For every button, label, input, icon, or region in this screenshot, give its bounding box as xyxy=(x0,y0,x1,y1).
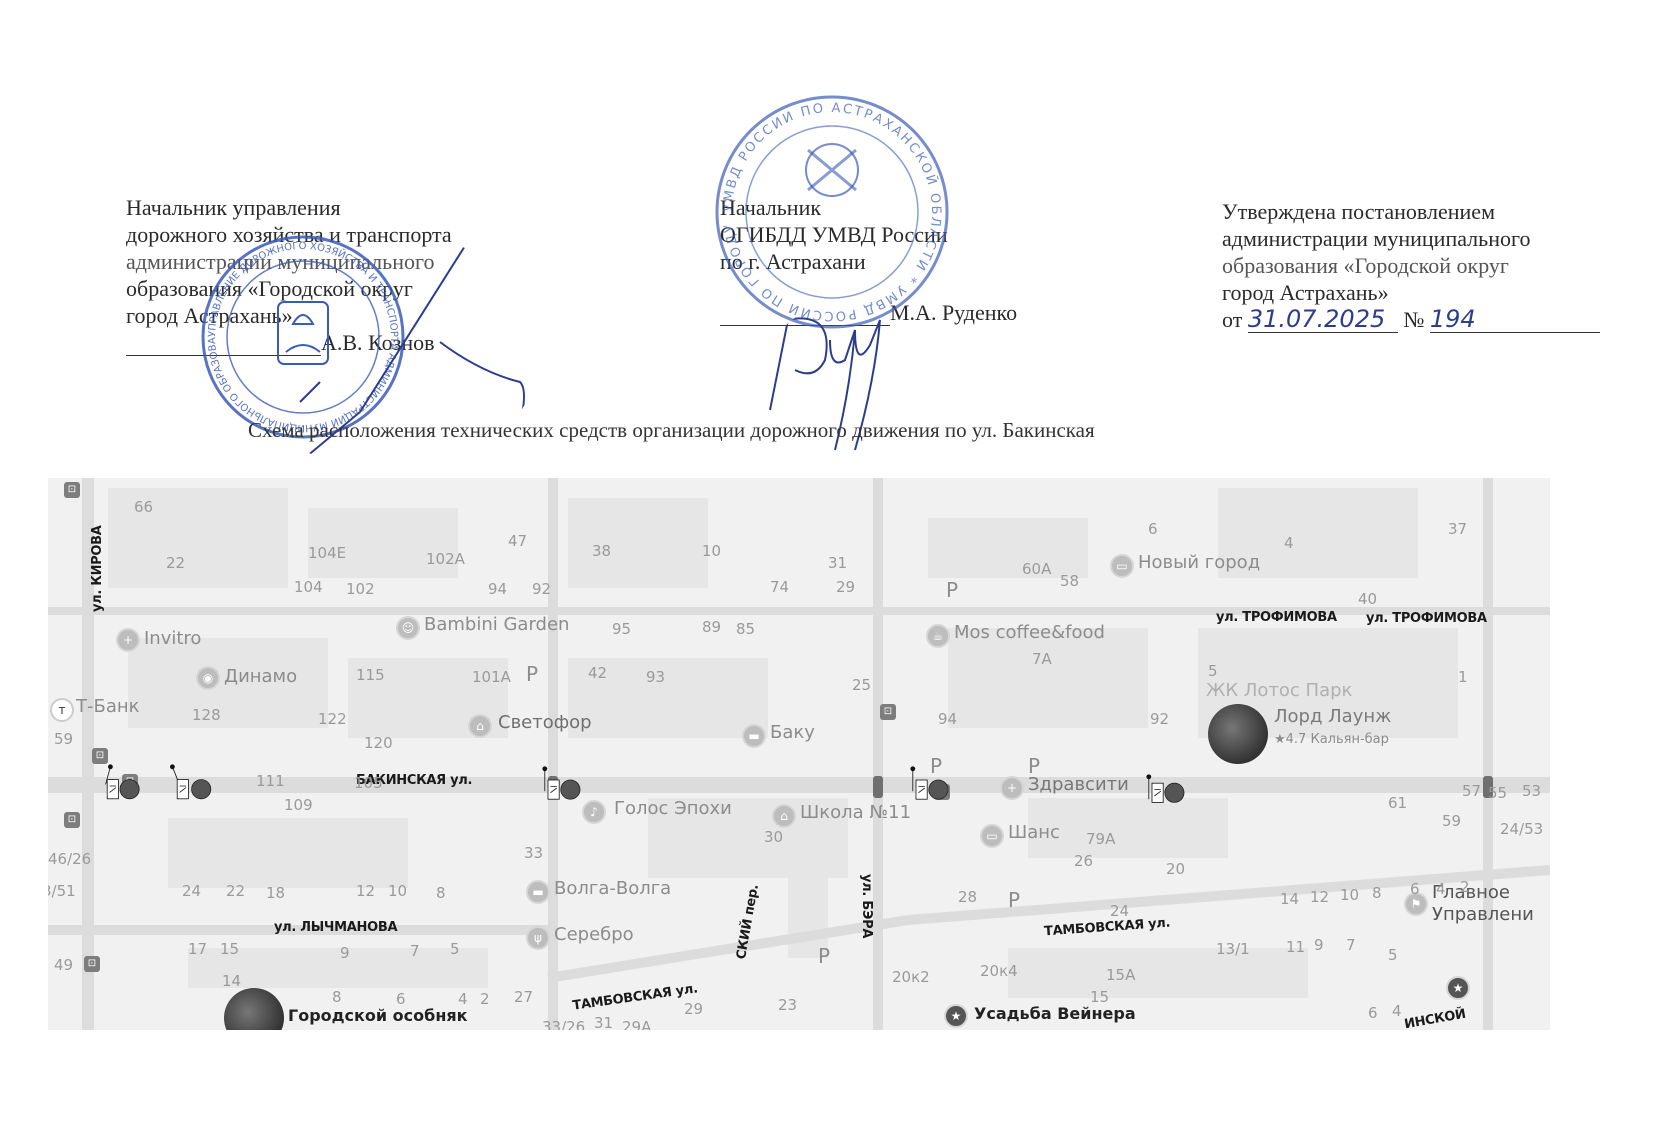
house-number: 102А xyxy=(426,550,465,568)
house-number: 46/26 xyxy=(48,850,91,868)
poi-golos-epokhi[interactable]: Голос Эпохи xyxy=(614,798,732,819)
house-number: 120 xyxy=(364,734,393,752)
house-number: 31 xyxy=(828,554,847,572)
house-number: 7 xyxy=(1346,936,1356,954)
house-number: 15 xyxy=(220,940,239,958)
house-number: 66 xyxy=(134,498,153,516)
left-signer-name: А.В. Кознов xyxy=(321,330,435,355)
house-number: 104 xyxy=(294,578,323,596)
parking-icon: P xyxy=(818,944,830,968)
street-label-kirova: ул. КИРОВА xyxy=(90,525,105,612)
house-number: 94 xyxy=(488,580,507,598)
house-number: 4 xyxy=(1284,534,1294,552)
left-title-line-4: образования «Городской округ xyxy=(126,275,452,302)
house-number: 26 xyxy=(1074,852,1093,870)
left-title-line-2: дорожного хозяйства и транспорта xyxy=(126,221,452,248)
house-number: 59 xyxy=(54,730,73,748)
road-sign-group-1 xyxy=(98,762,158,802)
poi-lord-lounge[interactable]: Лорд Лаунж xyxy=(1274,706,1391,727)
house-number: 29 xyxy=(836,578,855,596)
house-number: 14 xyxy=(1280,890,1299,908)
stadium-poi-icon: ◉ xyxy=(196,666,220,690)
poi-serebro[interactable]: Серебро xyxy=(554,924,634,945)
center-title-line-1: Начальник xyxy=(720,194,1017,221)
poi-dinamo[interactable]: Динамо xyxy=(224,666,297,687)
house-number: 40 xyxy=(1358,590,1377,608)
street-label-trofimova-1: ул. ТРОФИМОВА xyxy=(1216,610,1337,625)
house-number: 60А xyxy=(1022,560,1051,578)
house-number: 92 xyxy=(532,580,551,598)
poi-zdravsiti[interactable]: Здравсити xyxy=(1028,774,1129,795)
house-number: 57 xyxy=(1462,782,1481,800)
poi-baku[interactable]: Баку xyxy=(770,722,815,743)
house-number: 37 xyxy=(1448,520,1467,538)
poi-lotos-park[interactable]: ЖК Лотос Парк xyxy=(1206,680,1352,701)
house-number: 122 xyxy=(318,710,347,728)
house-number: 85 xyxy=(736,620,755,638)
house-number: 17 xyxy=(188,940,207,958)
approval-number: 194 xyxy=(1430,306,1600,333)
house-number: 27 xyxy=(514,988,533,1006)
road-sign-group-3 xyxy=(534,764,594,804)
center-signature-line xyxy=(720,305,890,326)
lord-lounge-photo-icon xyxy=(1208,704,1268,764)
office-poi-icon-2: ▭ xyxy=(980,824,1004,848)
poi-lord-lounge-rating: ★4.7 Кальян-бар xyxy=(1274,732,1389,747)
house-number: 15 xyxy=(1090,988,1109,1006)
street-map: ул. КИРОВА БАКИНСКАЯ ул. ул. ЛЫЧМАНОВА Т… xyxy=(48,478,1550,1030)
house-number: 2 xyxy=(1460,878,1470,896)
house-number: 42 xyxy=(588,664,607,682)
restaurant-poi-icon: ψ xyxy=(526,926,550,950)
parking-icon: P xyxy=(946,578,958,602)
poi-volga-volga[interactable]: Волга-Волга xyxy=(554,878,671,899)
traffic-light-icon xyxy=(873,776,883,798)
house-number: 5 xyxy=(1388,946,1398,964)
left-signature-line xyxy=(126,335,321,356)
parking-icon: P xyxy=(1028,754,1040,778)
house-number: 128 xyxy=(192,706,221,724)
medical-poi-icon: + xyxy=(116,628,140,652)
house-number: 38 xyxy=(592,542,611,560)
house-number: 28 xyxy=(958,888,977,906)
house-number: 33/26 xyxy=(542,1018,585,1030)
house-number: 7 xyxy=(410,942,420,960)
house-number: 4 xyxy=(1436,880,1446,898)
approval-number-label: № xyxy=(1403,307,1424,332)
poi-svetofor[interactable]: Светофор xyxy=(498,712,592,733)
street-label-trofimova-2: ул. ТРОФИМОВА xyxy=(1366,611,1487,626)
left-title-line-1: Начальник управления xyxy=(126,194,452,221)
hotel-poi-icon-2: ▬ xyxy=(526,880,550,904)
house-number: 14 xyxy=(222,972,241,990)
house-number: 10 xyxy=(1340,886,1359,904)
approval-line-2: администрации муниципального xyxy=(1222,225,1600,252)
house-number: 58 xyxy=(1060,572,1079,590)
bus-stop-icon: ⊡ xyxy=(880,704,896,720)
left-title-line-5: город Астрахань» xyxy=(126,302,452,329)
kids-poi-icon: ☺ xyxy=(396,616,420,640)
house-number: 55 xyxy=(1488,784,1507,802)
house-number: 23 xyxy=(778,996,797,1014)
pharmacy-poi-icon: + xyxy=(1000,776,1024,800)
house-number: 4 xyxy=(1392,1002,1402,1020)
star-poi-icon-2: ★ xyxy=(1446,976,1470,1000)
approval-date: 31.07.2025 xyxy=(1248,306,1398,333)
house-number: 9 xyxy=(1314,936,1324,954)
house-number: 101А xyxy=(472,668,511,686)
office-poi-icon: ▭ xyxy=(1110,554,1134,578)
house-number: 6 xyxy=(396,990,406,1008)
hotel-poi-icon: ▬ xyxy=(742,724,766,748)
house-number: 109 xyxy=(284,796,313,814)
house-number: 24/53 xyxy=(1500,820,1543,838)
street-label-lychmanova: ул. ЛЫЧМАНОВА xyxy=(274,920,397,935)
approval-line-1: Утверждена постановлением xyxy=(1222,198,1600,225)
house-number: 2 xyxy=(480,990,490,1008)
school-poi-icon: ⌂ xyxy=(772,804,796,828)
street-label-bzra: ул. БЭРА xyxy=(859,874,874,938)
house-number: 59 xyxy=(1442,812,1461,830)
house-number: 18 xyxy=(266,884,285,902)
poi-tbank[interactable]: Т-Банк xyxy=(76,696,140,717)
bus-stop-icon: ⊡ xyxy=(84,956,100,972)
approval-block: Утверждена постановлением администрации … xyxy=(1222,198,1600,333)
approval-line-4: город Астрахань» xyxy=(1222,279,1600,306)
house-number: 29 xyxy=(684,1000,703,1018)
bank-poi-icon: т xyxy=(50,698,74,722)
house-number: 13/1 xyxy=(1216,940,1250,958)
parking-icon: P xyxy=(526,662,538,686)
house-number: 7А xyxy=(1032,650,1052,668)
house-number: 8 xyxy=(1372,884,1382,902)
house-number: 24 xyxy=(182,882,201,900)
house-number: 53 xyxy=(1522,782,1541,800)
house-number: 79А xyxy=(1086,830,1115,848)
house-number: 111 xyxy=(256,772,285,790)
approval-line-3: образования «Городской округ xyxy=(1222,252,1600,279)
house-number: 6 xyxy=(1368,1004,1378,1022)
left-signature-block: Начальник управления дорожного хозяйства… xyxy=(126,194,452,356)
house-number: 61 xyxy=(1388,794,1407,812)
house-number: 102 xyxy=(346,580,375,598)
house-number: 93 xyxy=(646,668,665,686)
house-number: 22 xyxy=(166,554,185,572)
center-title-line-2: ОГИБДД УМВД России xyxy=(720,221,1017,248)
house-number: 10 xyxy=(702,542,721,560)
bus-stop-icon: ⊡ xyxy=(64,812,80,828)
center-title-line-3: по г. Астрахани xyxy=(720,248,1017,275)
house-number: 94 xyxy=(938,710,957,728)
center-signature-block: Начальник ОГИБДД УМВД России по г. Астра… xyxy=(720,194,1017,326)
house-number: 12 xyxy=(356,882,375,900)
house-number: 15А xyxy=(1106,966,1135,984)
house-number: 20к4 xyxy=(980,962,1018,980)
house-number: 4 xyxy=(458,990,468,1008)
house-number: 6 xyxy=(1410,880,1420,898)
house-number: 3/51 xyxy=(48,882,76,900)
road-sign-group-5 xyxy=(1138,772,1198,812)
cafe-poi-icon: ☕ xyxy=(926,624,950,648)
house-number: 9 xyxy=(340,944,350,962)
house-number: 105 xyxy=(354,774,383,792)
house-number: 104Е xyxy=(308,544,346,562)
house-number: 8 xyxy=(332,988,342,1006)
house-number: 12 xyxy=(1310,888,1329,906)
house-number: 29А xyxy=(622,1018,651,1030)
parking-icon: P xyxy=(930,754,942,778)
poi-usadba-veinera[interactable]: Усадьба Вейнера xyxy=(974,1004,1136,1023)
house-number: 115 xyxy=(356,666,385,684)
house-number: 5 xyxy=(450,940,460,958)
poi-bambini-garden[interactable]: Bambini Garden xyxy=(424,614,569,635)
house-number: 89 xyxy=(702,618,721,636)
house-number: 31 xyxy=(594,1014,613,1030)
house-number: 8 xyxy=(436,884,446,902)
house-number: 30 xyxy=(764,828,783,846)
house-number: 10 xyxy=(388,882,407,900)
house-number: 95 xyxy=(612,620,631,638)
house-number: 25 xyxy=(852,676,871,694)
left-title-line-3: администрации муниципального xyxy=(126,248,452,275)
parking-icon: P xyxy=(1008,888,1020,912)
approval-from-label: от xyxy=(1222,307,1242,332)
poi-novy-gorod[interactable]: Новый город xyxy=(1138,552,1260,573)
house-number: 74 xyxy=(770,578,789,596)
house-number: 92 xyxy=(1150,710,1169,728)
map-roads xyxy=(48,478,1550,1030)
poi-glavnoe-2[interactable]: Управлени xyxy=(1432,904,1534,925)
poi-invitro[interactable]: Invitro xyxy=(144,628,201,649)
poi-gorodskoy-osobnyak[interactable]: Городской особняк xyxy=(288,1006,468,1025)
house-number: 24 xyxy=(1110,902,1129,920)
house-number: 11 xyxy=(1286,938,1305,956)
house-number: 47 xyxy=(508,532,527,550)
poi-mos-coffee[interactable]: Mos coffee&food xyxy=(954,622,1105,643)
house-number: 20 xyxy=(1166,860,1185,878)
poi-shans[interactable]: Шанс xyxy=(1008,822,1060,843)
shop-poi-icon: ⌂ xyxy=(468,714,492,738)
star-poi-icon: ★ xyxy=(944,1004,968,1028)
house-number: 33 xyxy=(524,844,543,862)
house-number: 20к2 xyxy=(892,968,930,986)
center-signer-name: М.А. Руденко xyxy=(890,300,1017,325)
house-number: 6 xyxy=(1148,520,1158,538)
house-number: 22 xyxy=(226,882,245,900)
house-number: 1 xyxy=(1458,668,1468,686)
poi-shkola[interactable]: Школа №11 xyxy=(800,802,911,823)
house-number: 49 xyxy=(54,956,73,974)
road-sign-group-2 xyxy=(160,762,220,802)
document-title: Схема расположения технических средств о… xyxy=(248,418,1095,443)
house-number: 5 xyxy=(1208,662,1218,680)
bus-stop-icon: ⊡ xyxy=(64,482,80,498)
